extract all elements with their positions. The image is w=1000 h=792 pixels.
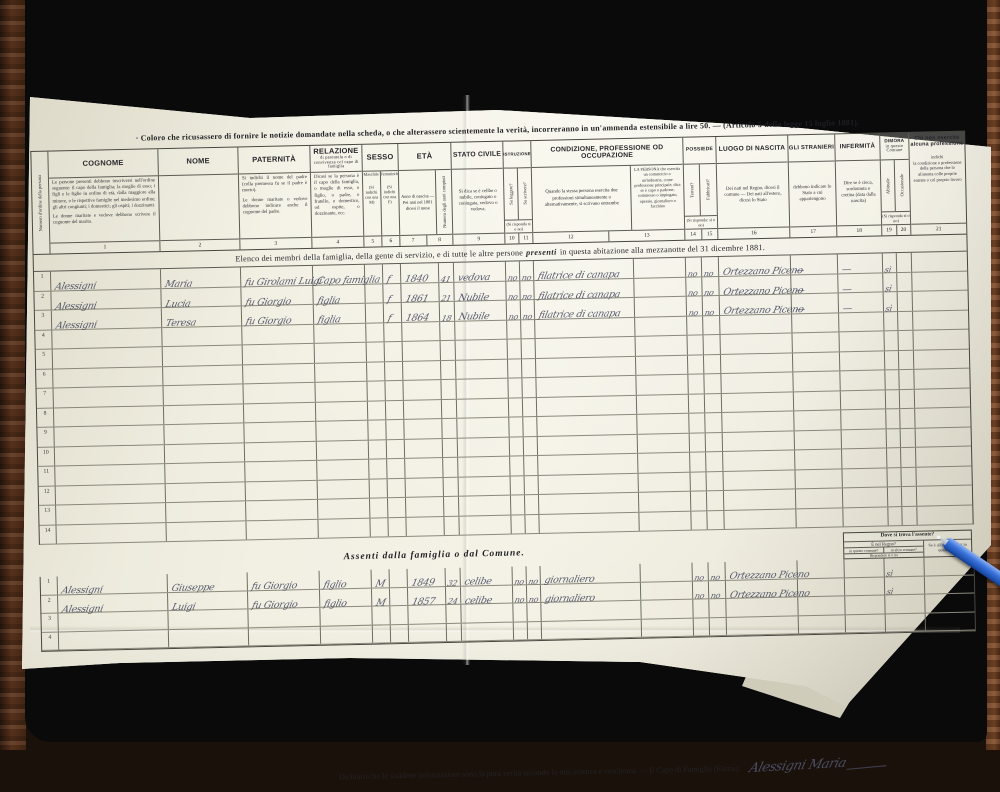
cell-paternita: fu Giorgio [248,600,299,611]
row-number: 7 [37,389,54,408]
census-document-content: · Coloro che ricusassero di fornire le n… [30,116,979,750]
cell-anno-nascita: 1864 [402,313,430,323]
present-rows: 1 Alessigni Maria fu Girolami Luigi Capo… [34,252,973,545]
col-condizione-num-a: 12 [533,233,608,241]
col-stranieri: GLI STRANIERI debbono indicare lo Stato … [788,134,837,237]
col-sa-leggere-label: Sa leggere? [508,183,514,204]
cell-cognome: Alessigni [52,321,98,332]
cell-professione: giornaliero [540,575,595,586]
col-fabbricati-label: Fabbricati? [705,179,710,200]
col-stato-desc: Si dica se è celibe o nubile, coniugato … [452,169,504,234]
table-header: Numero d'ordine della persona COGNOME Le… [31,132,966,255]
col-luogo-num: 16 [718,229,789,237]
cell-sa-leggere: no [507,313,519,321]
col-paternita-desc-1: Si indichi il nome del padre (colla prem… [242,175,307,195]
col-paternita-desc-2: Le donne maritate o vedove debbono indic… [242,197,307,217]
col-la-persona-label: LA PERSONA che esercita un commercio o u… [634,166,681,208]
row-number: 8 [37,408,54,427]
col-eta-anno: Anno di nascita — Pei nati nel 1881 dice… [399,170,438,235]
col-infermita-desc: Dire se è cieca, sordomuta o cretina (da… [836,160,881,225]
col-sesso-m: Maschile (Si indichi con una M) [363,171,382,235]
col-dimora-occasionale: Occasionale [894,160,910,211]
cell-stato-civile: celibe [460,577,492,587]
present-title-pre: Elenco dei membri della famiglia, della … [235,248,523,263]
col-infermita-num: 18 [837,227,881,234]
col-dimora-subtitle: in questo Comune [880,144,908,154]
col-nome-title: NOME [158,147,238,176]
cell-relazione: figlia [314,315,342,325]
cell-stato-civile: celibe [461,596,493,606]
cell-cognome: Alessigni [58,604,104,615]
cell-paternita: fu Giorgio [242,316,293,327]
col-condizione: CONDIZIONE, PROFESSIONE OD OCCUPAZIONE Q… [531,138,685,243]
row-number: 2 [34,291,51,310]
cell-sa-scrivere: no [521,313,533,321]
cell-professione: filatrice di canapa [534,270,621,281]
cell-anni-compiuti: 18 [440,314,452,322]
cell-stranieri: — [792,305,806,315]
cell-fabbricati: no [703,309,715,317]
cell-relazione: figlio [319,580,347,590]
col-paternita-title: PATERNITÀ [238,146,310,175]
col-cognome-desc: Le persone presenti debbono inscriversi … [49,176,159,242]
cell-professione: filatrice di canapa [534,290,621,301]
cell-cognome: Alessigni [58,586,104,597]
col-eta-title: ETÀ [398,143,451,171]
col-sesso-num-f: 6 [382,238,399,244]
col-cognome-num: 1 [50,243,159,251]
cell-sa-leggere: no [512,578,524,586]
col-dimora-occasionale-label: Occasionale [899,174,905,197]
cell-stranieri: — [791,286,805,296]
col-sesso-f-note: (Si indichi con una F) [381,184,399,204]
cell-nome: Maria [161,279,193,289]
cell-infermita: — [839,304,853,314]
col-nome: NOME 2 [158,147,240,251]
row-number: 9 [37,428,54,447]
photo-of-census-sheet: · Coloro che ricusassero di fornire le n… [0,0,1000,750]
row-number: 6 [36,369,53,388]
absent-row-number: 1 [41,577,58,595]
cell-fabbricati: no [702,289,714,297]
col-sesso-f: Femminile (Si indichi con una F) [380,171,399,235]
col-chi-num: 21 [911,226,966,233]
cell-anno-nascita: 1849 [407,578,435,588]
cell-professione: giornaliero [541,593,596,604]
cell-fabbricati: no [709,592,721,600]
cell-terreni: no [686,270,698,278]
col-cognome-desc-2: Le donne maritate e vedove debbono scriv… [53,212,156,227]
cell-relazione: figlia [313,296,341,306]
absent-box-regno: È nel Regno? in questo comune? in altro … [844,540,924,558]
col-relazione-desc: Dicasi se la persona è il capo della fam… [311,172,363,237]
col-eta-num-a: 7 [400,237,426,244]
col-sesso-m-note: (Si indichi con una M) [363,184,380,204]
row-number: 12 [39,486,56,505]
col-sa-scrivere: Sa scrivere? [517,168,532,219]
cell-anno-nascita: 1840 [401,274,429,284]
col-fabbricati: Fabbricati? [699,164,717,215]
col-istruzione-num-b: 11 [519,235,532,241]
col-person-number: Numero d'ordine della persona [31,152,50,254]
cell-sa-leggere: no [506,293,518,301]
col-eta-anni-label: Numero degli anni compiuti [441,176,447,228]
col-sesso-title: SESSO [362,144,398,172]
col-paternita-num: 3 [240,240,311,248]
cell-sa-scrivere: no [520,274,532,282]
cell-paternita: fu Girolami Luigi [241,277,323,288]
col-chi-title: Chi non esercita alcuna professione [909,132,964,153]
col-sesso-f-label: Femminile [380,171,398,176]
col-istruzione: ISTRUZIONE Sa leggere? Sa scrivere? (Si … [503,141,533,244]
absent-row-number: 3 [41,613,58,631]
col-luogo-title: LUOGO DI NASCITA [716,135,788,164]
col-relazione-title-box: RELAZIONE di parentela o di convivenza c… [310,145,362,173]
cell-anni-compiuti: 41 [439,275,451,283]
cell-anni-compiuti: 32 [445,579,457,587]
col-stranieri-title: GLI STRANIERI [788,134,835,162]
cell-sesso-m: M [372,598,387,608]
cell-stato-civile: Nubile [455,312,491,322]
present-title-post: in questa abitazione alla mezzanotte del… [560,242,765,255]
cell-nome: Lucia [161,299,191,309]
col-condizione-title: CONDIZIONE, PROFESSIONE OD OCCUPAZIONE [531,138,683,168]
cell-stato-civile: Nubile [454,293,490,303]
col-eta-anni: Numero degli anni compiuti [436,170,452,234]
col-relazione-subtitle: di parentela o di convivenza col capo di… [311,155,362,170]
row-number: 14 [39,525,56,544]
row-number: 4 [35,330,52,349]
cell-cognome: Alessigni [51,282,97,293]
col-luogo-nascita: LUOGO DI NASCITA Dei nati nel Regno, dic… [716,135,790,239]
present-title-emphasis: presenti [526,247,557,257]
cell-cognome: Alessigni [51,301,97,312]
col-chi-non-esercita: Chi non esercita alcuna professione indi… [909,132,966,235]
cell-stato-civile: vedova [454,273,491,283]
cell-relazione: figlio [320,599,348,609]
cell-terreni: no [692,574,704,582]
cell-luogo-nascita: Ortezzano Piceno [725,570,810,581]
col-paternita-desc: Si indichi il nome del padre (colla prem… [239,173,311,239]
col-stranieri-desc: debbono indicare lo Stato a cui apparten… [789,161,836,226]
col-cognome-title: COGNOME [48,149,158,178]
col-eta: ETÀ Anno di nascita — Pei nati nel 1881 … [398,143,453,246]
cell-fabbricati: no [708,574,720,582]
cell-infermita: — [838,265,852,275]
col-stato-civile: STATO CIVILE Si dica se è celibe o nubil… [451,142,505,245]
cell-anno-nascita: 1857 [408,597,436,607]
col-stato-title: STATO CIVILE [451,142,503,170]
census-table: Numero d'ordine della persona COGNOME Le… [30,131,973,545]
cell-professione: filatrice di canapa [535,309,622,320]
col-possiede-note: (Si risponda: sì o no) [685,215,717,229]
col-sesso-num-m: 5 [364,238,381,244]
row-number: 1 [34,272,51,291]
cell-paternita: fu Giorgio [247,581,298,592]
col-possiede-num-b: 15 [702,231,718,237]
col-nome-desc [159,174,239,240]
absent-section: Assenti dalla famiglia o dal Comune. Dov… [39,530,974,654]
col-istruzione-note: (Si risponda sì o no) [505,219,532,233]
cell-anno-nascita: 1861 [401,294,429,304]
col-possiede-title: POSSIEDE [683,137,716,165]
cell-sa-leggere: no [513,596,525,604]
col-luogo-desc: Dei nati nel Regno, dicesi il comune — D… [717,162,789,228]
col-dimora-note: (Si risponda sì o no) [882,211,910,225]
row-number: 10 [38,447,55,466]
cell-luogo-nascita: Ortezzano Piceno [726,589,811,600]
cell-anni-compiuti: 21 [439,295,451,303]
cell-stranieri: — [791,266,805,276]
cell-paternita: fu Giorgio [241,297,292,308]
cell-terreni: no [686,289,698,297]
row-number: 11 [38,467,55,486]
cell-sa-scrivere: no [527,596,539,604]
cell-terreni: no [687,309,699,317]
col-paternita: PATERNITÀ Si indichi il nome del padre (… [238,146,312,250]
col-sa-leggere: Sa leggere? [504,168,519,219]
cell-fabbricati: no [702,270,714,278]
col-dimora-title-box: DIMORA in questo Comune [880,133,909,161]
col-chi-desc-text: la condizione o professione della person… [913,159,962,183]
col-sesso-m-label: Maschile [363,171,380,176]
row-number: 3 [35,311,52,330]
cell-terreni: no [693,592,705,600]
cell-nome: Teresa [162,318,197,328]
cell-sa-leggere: no [506,274,518,282]
col-condizione-num-b: 13 [609,232,684,240]
cell-nome: Luigi [168,602,196,612]
row-number: 13 [39,506,56,525]
cell-sa-scrivere: no [520,293,532,301]
col-infermita: INFERMITÀ Dire se è cieca, sordomuta o c… [835,133,882,236]
col-terreni: Terreni? [684,164,701,215]
cell-relazione: Capo famiglia [313,275,381,286]
row-number: 5 [36,350,53,369]
col-dimora-num-a: 19 [882,227,896,233]
col-eta-num-b: 8 [427,237,453,244]
col-cognome: COGNOME Le persone presenti debbono insc… [48,149,160,253]
cell-infermita: — [838,285,852,295]
col-possiede: POSSIEDE Terreni? Fabbricati? (Si rispon… [683,137,718,240]
col-relazione: RELAZIONE di parentela o di convivenza c… [310,145,364,248]
col-terreni-label: Terreni? [689,182,694,197]
col-infermita-title: INFERMITÀ [835,133,880,161]
col-istruzione-num-a: 10 [505,235,518,241]
col-cognome-desc-1: Le persone presenti debbono inscriversi … [52,178,156,211]
col-chi-desc: indichi la condizione o professione dell… [910,152,967,224]
col-la-persona: LA PERSONA che esercita un commercio o u… [631,165,684,230]
col-istruzione-title: ISTRUZIONE [503,141,531,169]
col-eta-anno-label: Anno di nascita — Pei nati nel 1881 dice… [400,194,435,212]
cell-nome: Giuseppe [168,583,216,594]
absent-row-number: 4 [42,632,59,650]
col-dimora-num-b: 20 [897,227,911,233]
absent-row-number: 2 [41,595,58,613]
col-stato-num: 9 [453,236,504,243]
col-possiede-num-a: 14 [685,231,701,237]
col-nome-num: 2 [160,241,239,249]
col-sa-scrivere-label: Sa scrivere? [522,182,528,204]
col-person-number-label: Numero d'ordine della persona [37,174,43,231]
col-dimora-abituale: Abituale [881,160,896,211]
col-relazione-num: 4 [312,239,363,246]
col-condizione-desc-label: Quando la stessa persona esercita due pr… [538,188,625,210]
cell-anni-compiuti: 24 [446,598,458,606]
col-dimora: DIMORA in questo Comune Abituale Occasio… [880,133,911,236]
col-dimora-abituale-label: Abituale [885,178,890,194]
col-sesso: SESSO Maschile (Si indichi con una M) Fe… [362,144,400,247]
absent-rows: 1 Alessigni Giuseppe fu Giorgio figlio M… [40,556,976,651]
cell-sa-scrivere: no [526,578,538,586]
cell-sesso-m: M [371,579,386,589]
col-stranieri-num: 17 [790,228,836,235]
col-condizione-desc: Quando la stessa persona esercita due pr… [532,166,633,232]
wood-table-left-edge [0,0,26,750]
